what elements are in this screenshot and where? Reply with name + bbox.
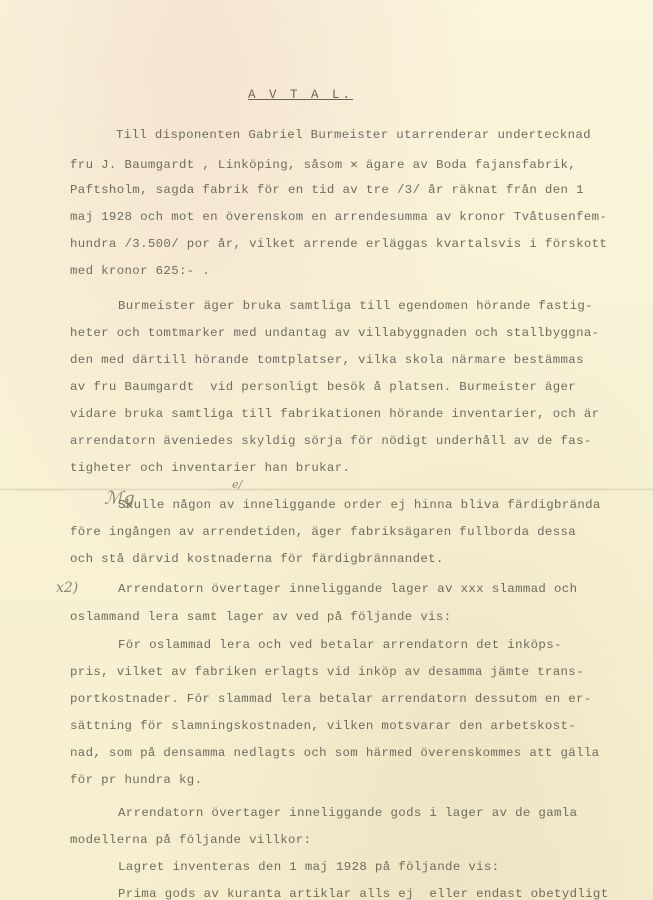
text-line: modellerna på följande villkor: [70, 833, 311, 847]
text-line: sättning för slamningskostnaden, vilken … [70, 719, 576, 733]
text-line: Prima gods av kuranta artiklar alls ej e… [118, 887, 609, 900]
text-line: maj 1928 och mot en överenskom en arrend… [70, 210, 607, 224]
text-line: den med därtill hörande tomtplatser, vil… [70, 353, 584, 367]
handwritten-correction: e/ [232, 478, 242, 491]
text-line: tigheter och inventarier han brukar. [70, 461, 350, 475]
text-line: Lagret inventeras den 1 maj 1928 på följ… [118, 860, 500, 874]
text-line: Skulle någon av inneliggande order ej hi… [118, 498, 601, 512]
text-line: pris, vilket av fabriken erlagts vid ink… [70, 665, 584, 679]
text-line: portkostnader. För slammad lera betalar … [70, 692, 592, 706]
text-line: arrendatorn äveniedes skyldig sörja för … [70, 434, 592, 448]
text-line: Paftsholm, sagda fabrik för en tid av tr… [70, 183, 584, 197]
text-line: heter och tomtmarker med undantag av vil… [70, 326, 599, 340]
text-line: med kronor 625:- . [70, 264, 210, 278]
text-line: för pr hundra kg. [70, 773, 202, 787]
paper-fold [0, 488, 653, 491]
text-line: före ingången av arrendetiden, äger fabr… [70, 525, 576, 539]
text-line: nad, som på densamma nedlagts och som hä… [70, 746, 599, 760]
text-line: Burmeister äger bruka samtliga till egen… [118, 299, 593, 313]
document-title: A V T A L. [248, 88, 353, 102]
text-line: hundra /3.500/ por år, vilket arrende er… [70, 237, 607, 251]
text-line: fru J. Baumgardt , Linköping, såsom ✕ äg… [70, 156, 576, 172]
text-line: Arrendatorn övertager inneliggande gods … [118, 806, 577, 820]
text-line: Till disponenten Gabriel Burmeister utar… [116, 128, 591, 142]
text-line: För oslammad lera och ved betalar arrend… [118, 638, 562, 652]
text-line: vidare bruka samtliga till fabrikationen… [70, 407, 599, 421]
text-line: Arrendatorn övertager inneliggande lager… [118, 582, 577, 596]
margin-mark: x2) [56, 580, 78, 596]
text-line: oslammand lera samt lager av ved på följ… [70, 610, 452, 624]
text-line: och stå därvid kostnaderna för färdigbrä… [70, 552, 444, 566]
text-line: av fru Baumgardt vid personligt besök å … [70, 380, 576, 394]
